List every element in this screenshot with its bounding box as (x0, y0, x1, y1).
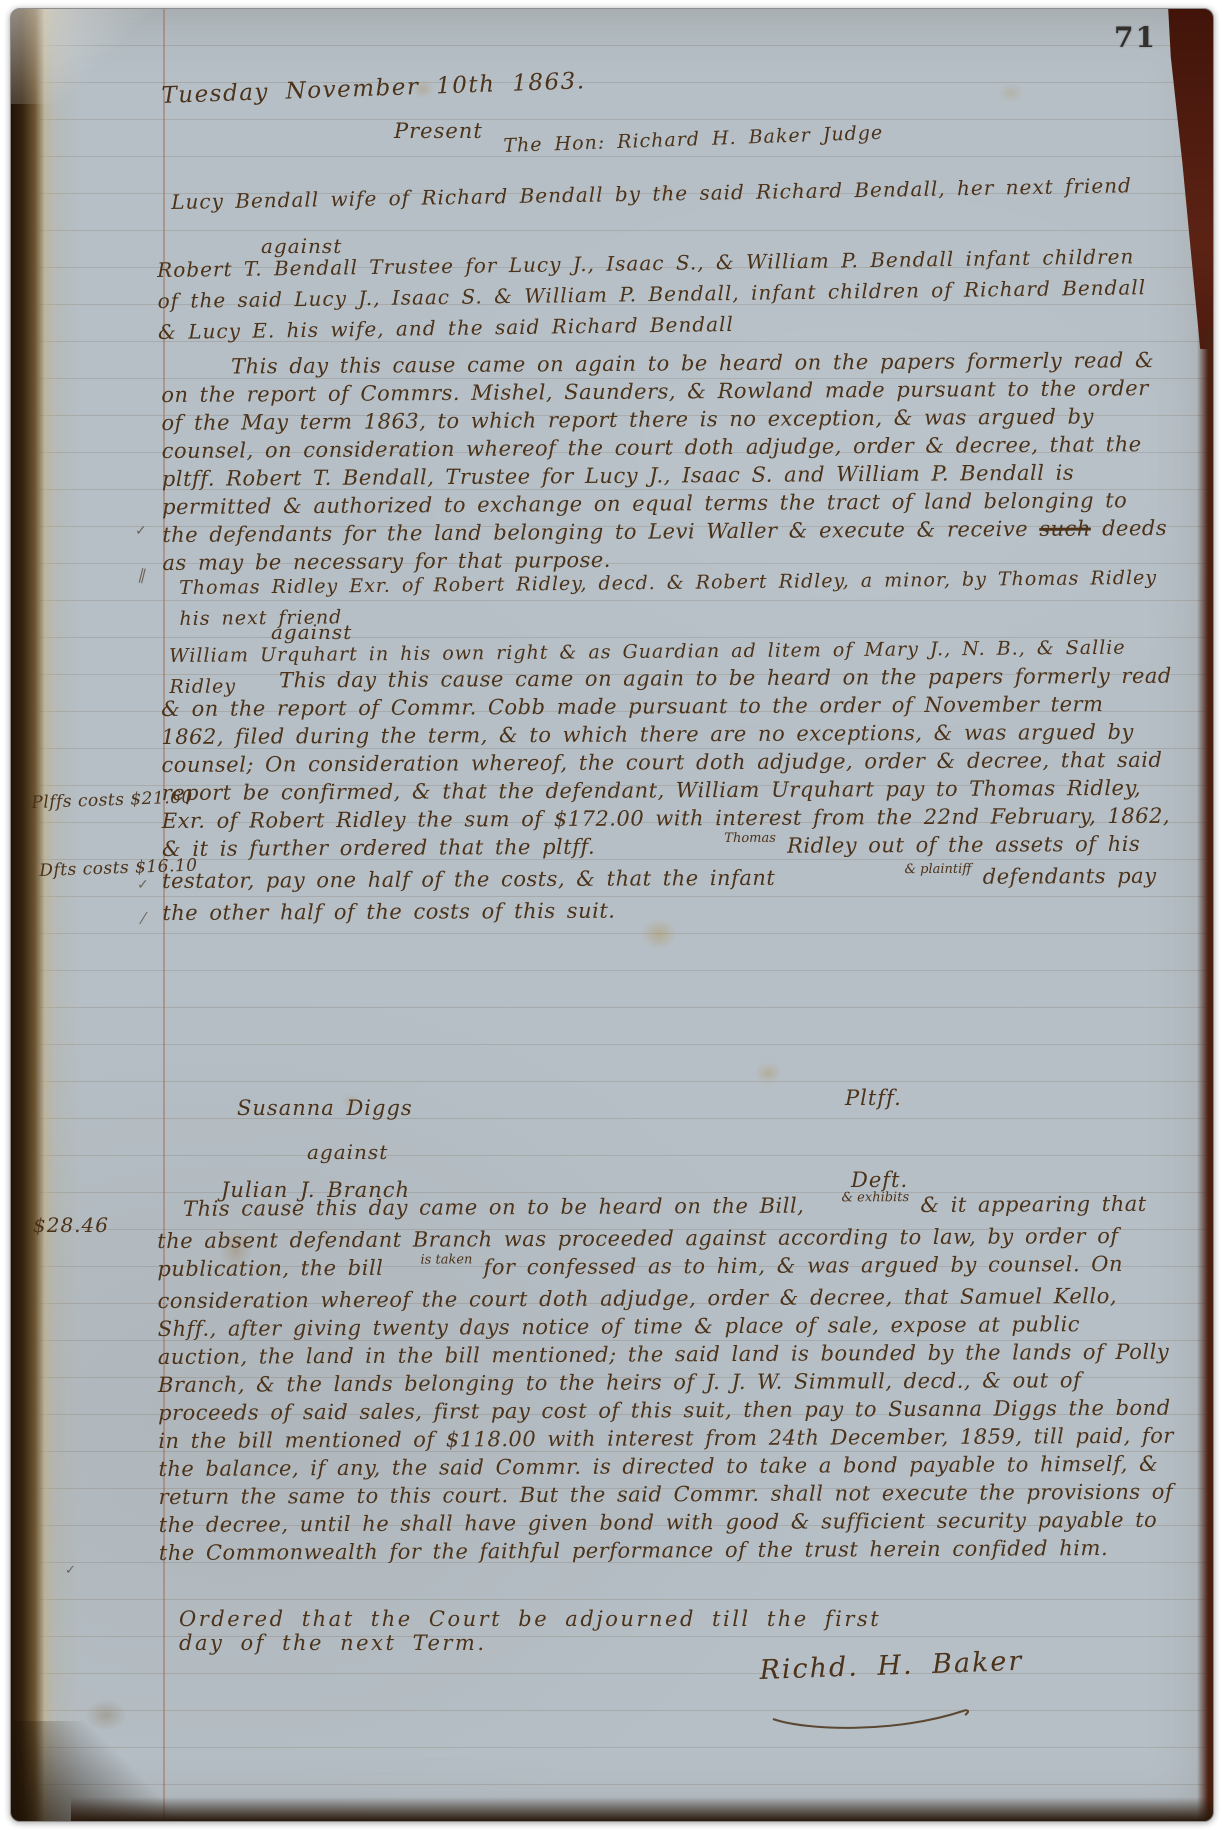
check-mark: ✓ (135, 523, 147, 539)
strikethrough-word: such (1039, 517, 1091, 541)
binding-gutter-shadow (11, 9, 81, 1821)
interline-insertion: & plaintiff (786, 856, 971, 885)
case3-order-part1: This cause this day came on to be heard … (183, 1194, 816, 1221)
case3-order-part3: for confessed as to him, & was argued by… (157, 1252, 1173, 1565)
case3-order-text: This cause this day came on to be heard … (157, 1190, 1177, 1567)
interline-insertion: & exhibits (815, 1184, 909, 1212)
leather-binding-bottom (71, 1797, 1213, 1821)
document-photo: 71 Tuesday November 10th 1863. Present T… (10, 8, 1214, 1822)
case3-against-label: against (307, 1137, 388, 1168)
case1-defendant-caption: Robert T. Bendall Trustee for Lucy J., I… (157, 241, 1163, 348)
case1-order-text: This day this cause came on again to be … (161, 346, 1175, 577)
closing-order-line: Ordered that the Court be adjourned till… (179, 1607, 939, 1655)
case3-plaintiff-label: Pltff. (845, 1083, 902, 1114)
check-mark: ⁄ (142, 909, 145, 928)
case2-order-text: This day this cause came on again to be … (161, 662, 1176, 927)
present-label: Present (394, 119, 483, 143)
page-edge-highlight (11, 9, 161, 104)
check-mark: ✓ (65, 1563, 76, 1578)
margin-note-amount: $28.46 (33, 1213, 109, 1237)
interline-insertion: is taken (394, 1246, 472, 1274)
page-number: 71 (1114, 21, 1157, 54)
check-mark: ✓ (137, 877, 149, 893)
interline-insertion: Thomas (606, 825, 776, 854)
case1-order-part1: This day this cause came on again to be … (161, 348, 1154, 547)
signature-flourish (767, 1701, 977, 1735)
leather-binding-strip (1197, 329, 1213, 1821)
case3-plaintiff-caption: Susanna Diggs (237, 1093, 413, 1124)
